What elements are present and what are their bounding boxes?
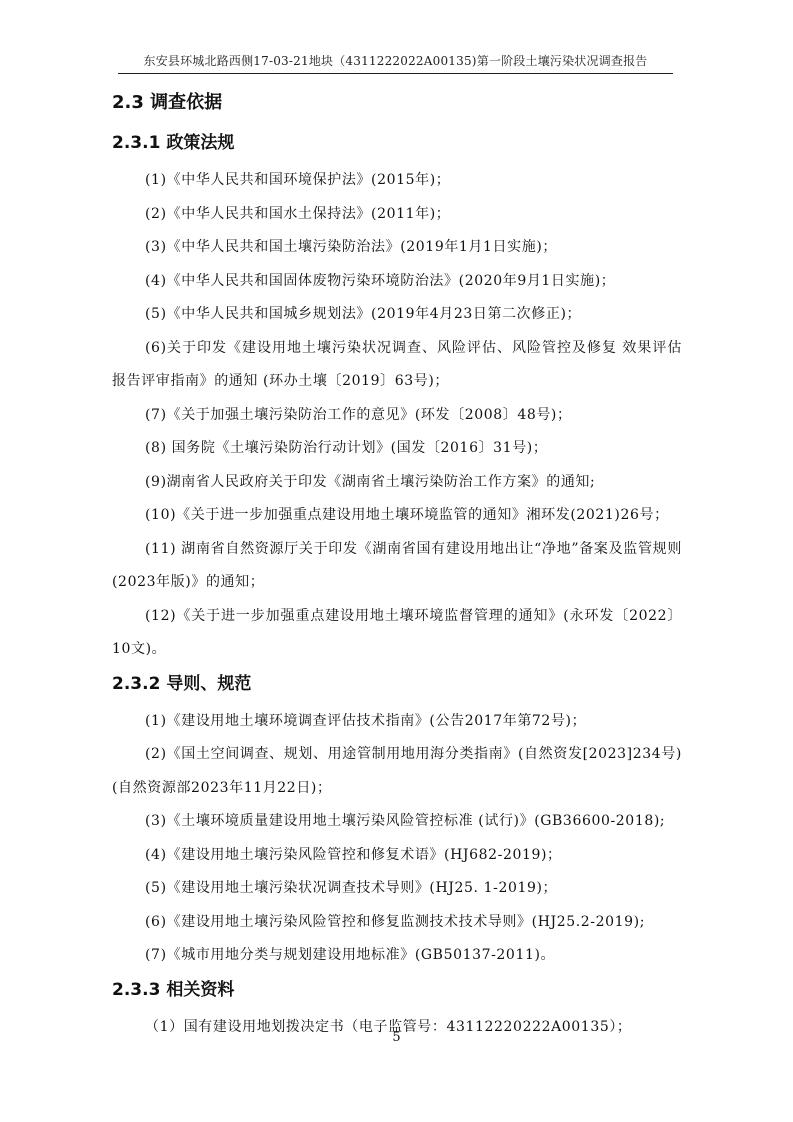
header-divider <box>118 73 673 74</box>
page-body: 2.3 调查依据 2.3.1 政策法规 (1)《中华人民共和国环境保护法》(20… <box>112 88 682 1044</box>
list-item: (6)《建设用地土壤污染风险管控和修复监测技术技术导则》(HJ25.2-2019… <box>112 906 682 940</box>
subsection-heading-2-3-1: 2.3.1 政策法规 <box>112 126 682 164</box>
list-item: (5)《中华人民共和国城乡规划法》(2019年4月23日第二次修正)； <box>112 298 682 332</box>
section-heading-2-3: 2.3 调查依据 <box>112 88 682 126</box>
list-item: (8) 国务院《土壤污染防治行动计划》(国发〔2016〕31号)； <box>112 432 682 466</box>
list-item: (5)《建设用地土壤污染状况调查技术导则》(HJ25. 1-2019)； <box>112 872 682 906</box>
list-item: (2)《国土空间调查、规划、用途管制用地用海分类指南》(自然资发[2023]23… <box>112 738 682 805</box>
list-item: (2)《中华人民共和国水土保持法》(2011年)； <box>112 198 682 232</box>
list-item: (9)湖南省人民政府关于印发《湖南省土壤污染防治工作方案》的通知; <box>112 466 682 500</box>
list-item: (7)《城市用地分类与规划建设用地标准》(GB50137-2011)。 <box>112 939 682 973</box>
list-item: (6)关于印发《建设用地土壤污染状况调查、风险评估、风险管控及修复 效果评估报告… <box>112 332 682 399</box>
list-item: (12)《关于进一步加强重点建设用地土壤环境监督管理的通知》(永环发〔2022〕… <box>112 600 682 667</box>
running-header: 东安县环城北路西侧17-03-21地块（4311222022A00135)第一阶… <box>118 52 673 69</box>
subsection-heading-2-3-3: 2.3.3 相关资料 <box>112 973 682 1011</box>
list-item: (10)《关于进一步加强重点建设用地土壤环境监管的通知》湘环发(2021)26号… <box>112 499 682 533</box>
list-item: (3)《土壤环境质量建设用地土壤污染风险管控标准 (试行)》(GB36600-2… <box>112 805 682 839</box>
list-item: (4)《建设用地土壤污染风险管控和修复术语》(HJ682-2019)； <box>112 839 682 873</box>
page-number: 5 <box>0 1030 793 1045</box>
list-item: (11) 湖南省自然资源厅关于印发《湖南省国有建设用地出让“净地”备案及监管规则… <box>112 533 682 600</box>
subsection-heading-2-3-2: 2.3.2 导则、规范 <box>112 667 682 705</box>
list-item: (1)《建设用地土壤环境调查评估技术指南》(公告2017年第72号)； <box>112 705 682 739</box>
list-item: (7)《关于加强土壤污染防治工作的意见》(环发〔2008〕48号)； <box>112 399 682 433</box>
list-item: (4)《中华人民共和国固体废物污染环境防治法》(2020年9月1日实施)； <box>112 265 682 299</box>
list-item: (1)《中华人民共和国环境保护法》(2015年)； <box>112 164 682 198</box>
list-item: (3)《中华人民共和国土壤污染防治法》(2019年1月1日实施)； <box>112 231 682 265</box>
